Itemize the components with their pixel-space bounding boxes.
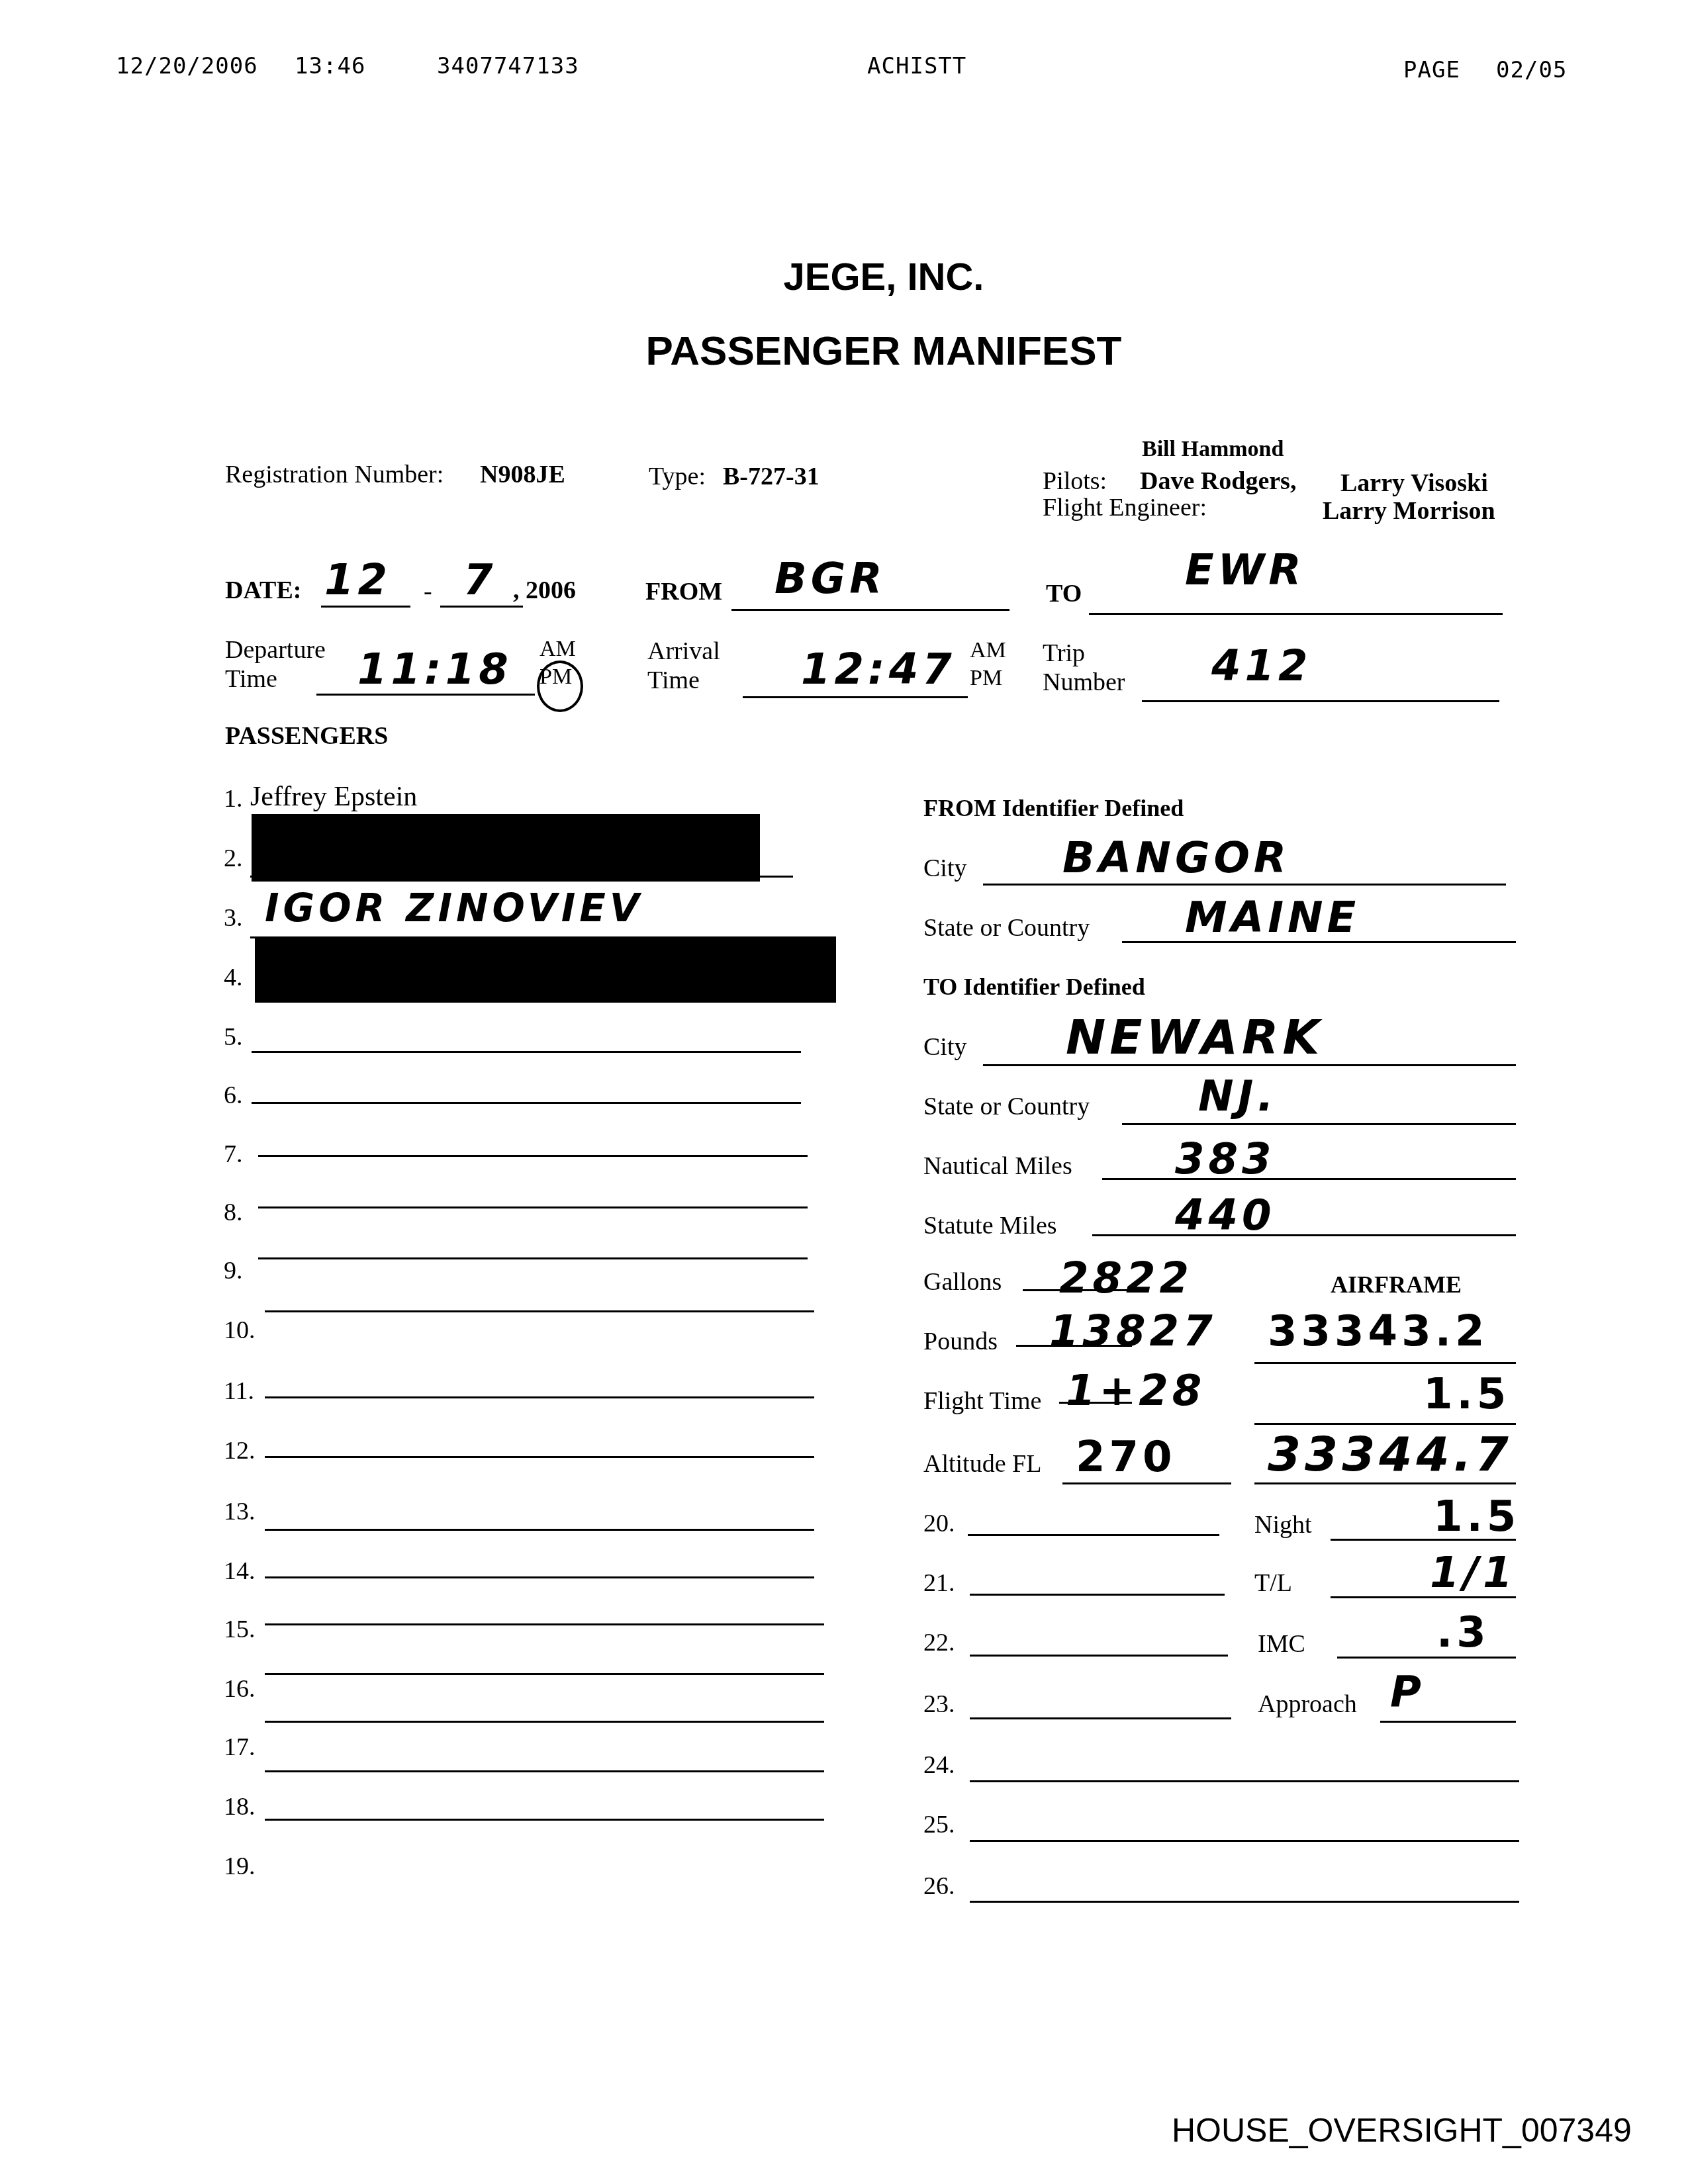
passenger-line[interactable] — [265, 1456, 814, 1458]
trip-label-line2: Number — [1043, 668, 1125, 697]
passenger-number: 1. — [224, 784, 243, 813]
airframe-end[interactable]: 33344.7 — [1268, 1426, 1513, 1482]
night-label: Night — [1254, 1510, 1312, 1539]
trip-label-line1: Trip — [1043, 639, 1125, 668]
passenger-line[interactable] — [265, 1310, 814, 1312]
to-state[interactable]: NJ. — [1198, 1072, 1278, 1121]
passenger-number: 15. — [224, 1615, 256, 1644]
passenger-line[interactable] — [970, 1717, 1231, 1719]
engineer-label: Flight Engineer: — [1043, 493, 1207, 522]
pilot-top: Bill Hammond — [1142, 437, 1284, 462]
passenger-line[interactable] — [265, 1770, 824, 1772]
date-separator: - — [424, 577, 432, 606]
departure-ampm: AM PM — [539, 635, 576, 691]
passenger-number: 3. — [224, 903, 243, 933]
from-city[interactable]: BANGOR — [1062, 834, 1290, 883]
passenger-line[interactable] — [970, 1780, 1519, 1782]
passenger-line[interactable] — [265, 1673, 824, 1675]
extra-number: 22. — [923, 1628, 955, 1657]
passenger-line[interactable] — [968, 1534, 1219, 1536]
type-label: Type: — [649, 462, 706, 491]
arrival-pm[interactable]: PM — [970, 664, 1006, 692]
fax-date: 12/20/2006 — [116, 53, 258, 79]
type-value: B-727-31 — [723, 462, 820, 491]
passenger-line[interactable] — [970, 1901, 1519, 1903]
tl-value[interactable]: 1/1 — [1430, 1549, 1516, 1598]
tl-label: T/L — [1254, 1569, 1292, 1598]
passenger-line[interactable] — [970, 1655, 1228, 1657]
from-identifier-heading: FROM Identifier Defined — [923, 794, 1184, 822]
engineer-value: Larry Morrison — [1323, 496, 1495, 525]
to-city-label: City — [923, 1032, 966, 1062]
passenger-1-name[interactable]: Jeffrey Epstein — [250, 781, 417, 813]
gallons-value[interactable]: 2822 — [1059, 1254, 1193, 1303]
fax-time: 13:46 — [295, 53, 365, 79]
departure-label-line1: Departure — [225, 635, 326, 664]
departure-time[interactable]: 11:18 — [357, 645, 512, 694]
passenger-number: 4. — [224, 963, 243, 992]
passenger-line[interactable] — [970, 1594, 1225, 1596]
registration-value: N908JE — [480, 460, 565, 489]
passenger-number: 9. — [224, 1256, 243, 1285]
pilots-label: Pilots: — [1043, 467, 1107, 496]
passenger-line[interactable] — [258, 1257, 808, 1259]
nautical-miles[interactable]: 383 — [1175, 1135, 1276, 1184]
trip-number[interactable]: 412 — [1211, 642, 1312, 691]
trip-number-label: Trip Number — [1043, 639, 1125, 697]
fax-sender: ACHISTT — [867, 53, 966, 79]
approach-label: Approach — [1258, 1690, 1357, 1719]
airframe-add[interactable]: 1.5 — [1423, 1370, 1510, 1419]
approach-value[interactable]: P — [1390, 1668, 1425, 1717]
arrival-am[interactable]: AM — [970, 637, 1006, 664]
fax-phone: 3407747133 — [437, 53, 579, 79]
to-state-label: State or Country — [923, 1092, 1090, 1121]
pounds-value[interactable]: 13827 — [1049, 1307, 1217, 1356]
pilot-1: Dave Rodgers, — [1140, 467, 1296, 496]
altitude-value[interactable]: 270 — [1076, 1433, 1176, 1482]
pm-circle-mark — [537, 660, 583, 712]
arrival-time[interactable]: 12:47 — [801, 645, 956, 694]
to-label: TO — [1046, 579, 1082, 608]
passenger-number: 19. — [224, 1852, 256, 1881]
passenger-line[interactable] — [258, 1206, 808, 1208]
passenger-number: 11. — [224, 1377, 254, 1406]
bates-stamp: HOUSE_OVERSIGHT_007349 — [1172, 2111, 1632, 2150]
pilot-2: Larry Visoski — [1340, 469, 1488, 498]
passenger-line[interactable] — [265, 1623, 824, 1625]
flight-time-label: Flight Time — [923, 1387, 1041, 1416]
passenger-number: 7. — [224, 1140, 243, 1169]
departure-am[interactable]: AM — [539, 635, 576, 663]
from-city-label: City — [923, 854, 966, 883]
arrival-label-line2: Time — [647, 666, 720, 695]
imc-value[interactable]: .3 — [1436, 1608, 1490, 1657]
departure-label-line2: Time — [225, 664, 326, 694]
from-state[interactable]: MAINE — [1185, 893, 1360, 942]
date-month[interactable]: 12 — [324, 556, 391, 605]
registration-label: Registration Number: — [225, 460, 444, 489]
fax-page-number: 02/05 — [1496, 57, 1567, 83]
departure-pm-wrap: PM — [539, 663, 576, 691]
nautical-miles-label: Nautical Miles — [923, 1152, 1072, 1181]
passenger-line[interactable] — [265, 1529, 814, 1531]
airframe-heading: AIRFRAME — [1331, 1271, 1462, 1298]
redaction-block — [252, 814, 760, 882]
passenger-number: 18. — [224, 1792, 256, 1821]
extra-number: 23. — [923, 1690, 955, 1719]
extra-number: 21. — [923, 1569, 955, 1598]
passenger-line[interactable] — [970, 1840, 1519, 1842]
passenger-line[interactable] — [265, 1396, 814, 1398]
passenger-line[interactable] — [258, 1155, 808, 1157]
passenger-number: 2. — [224, 844, 243, 873]
passenger-number: 13. — [224, 1497, 256, 1526]
passenger-number: 8. — [224, 1198, 243, 1227]
passenger-number: 10. — [224, 1316, 256, 1345]
passenger-number: 16. — [224, 1674, 256, 1704]
to-identifier-heading: TO Identifier Defined — [923, 973, 1145, 1001]
redaction-block — [255, 936, 836, 1003]
pounds-label: Pounds — [923, 1327, 998, 1356]
statute-miles[interactable]: 440 — [1175, 1191, 1276, 1240]
passenger-number: 12. — [224, 1436, 256, 1465]
passenger-line[interactable] — [265, 1576, 814, 1578]
night-value[interactable]: 1.5 — [1433, 1492, 1520, 1541]
arrival-time-label: Arrival Time — [647, 637, 720, 695]
gallons-label: Gallons — [923, 1267, 1002, 1297]
departure-time-label: Departure Time — [225, 635, 326, 694]
arrival-ampm: AM PM — [970, 637, 1006, 692]
passenger-line[interactable] — [252, 1102, 801, 1104]
flight-time[interactable]: 1+28 — [1066, 1367, 1205, 1416]
airframe-start[interactable]: 33343.2 — [1268, 1307, 1489, 1356]
from-state-label: State or Country — [923, 913, 1090, 942]
from-code[interactable]: BGR — [774, 555, 886, 604]
statute-miles-label: Statute Miles — [923, 1211, 1057, 1240]
passenger-3-name[interactable]: IGOR ZINOVIEV — [265, 886, 643, 931]
to-city[interactable]: NEWARK — [1066, 1009, 1323, 1065]
date-label: DATE: — [225, 576, 301, 605]
passenger-line[interactable] — [265, 1721, 824, 1723]
passenger-line[interactable] — [252, 1051, 801, 1053]
page-title: PASSENGER MANIFEST — [0, 328, 1688, 375]
date-year: , 2006 — [513, 576, 576, 605]
extra-number: 25. — [923, 1810, 955, 1839]
date-day[interactable]: 7 — [463, 556, 497, 605]
arrival-label-line1: Arrival — [647, 637, 720, 666]
passenger-number: 5. — [224, 1023, 243, 1052]
altitude-label: Altitude FL — [923, 1449, 1041, 1479]
extra-number: 26. — [923, 1872, 955, 1901]
from-label: FROM — [645, 577, 722, 606]
extra-number: 20. — [923, 1509, 955, 1538]
extra-number: 24. — [923, 1751, 955, 1780]
passenger-number: 6. — [224, 1081, 243, 1110]
fax-page-label: PAGE — [1403, 57, 1460, 83]
company-name: JEGE, INC. — [0, 255, 1688, 299]
passenger-number: 14. — [224, 1557, 256, 1586]
to-code[interactable]: EWR — [1185, 546, 1305, 595]
imc-label: IMC — [1258, 1629, 1305, 1659]
passenger-line[interactable] — [265, 1819, 824, 1821]
passenger-number: 17. — [224, 1733, 256, 1762]
passengers-heading: PASSENGERS — [225, 721, 388, 751]
